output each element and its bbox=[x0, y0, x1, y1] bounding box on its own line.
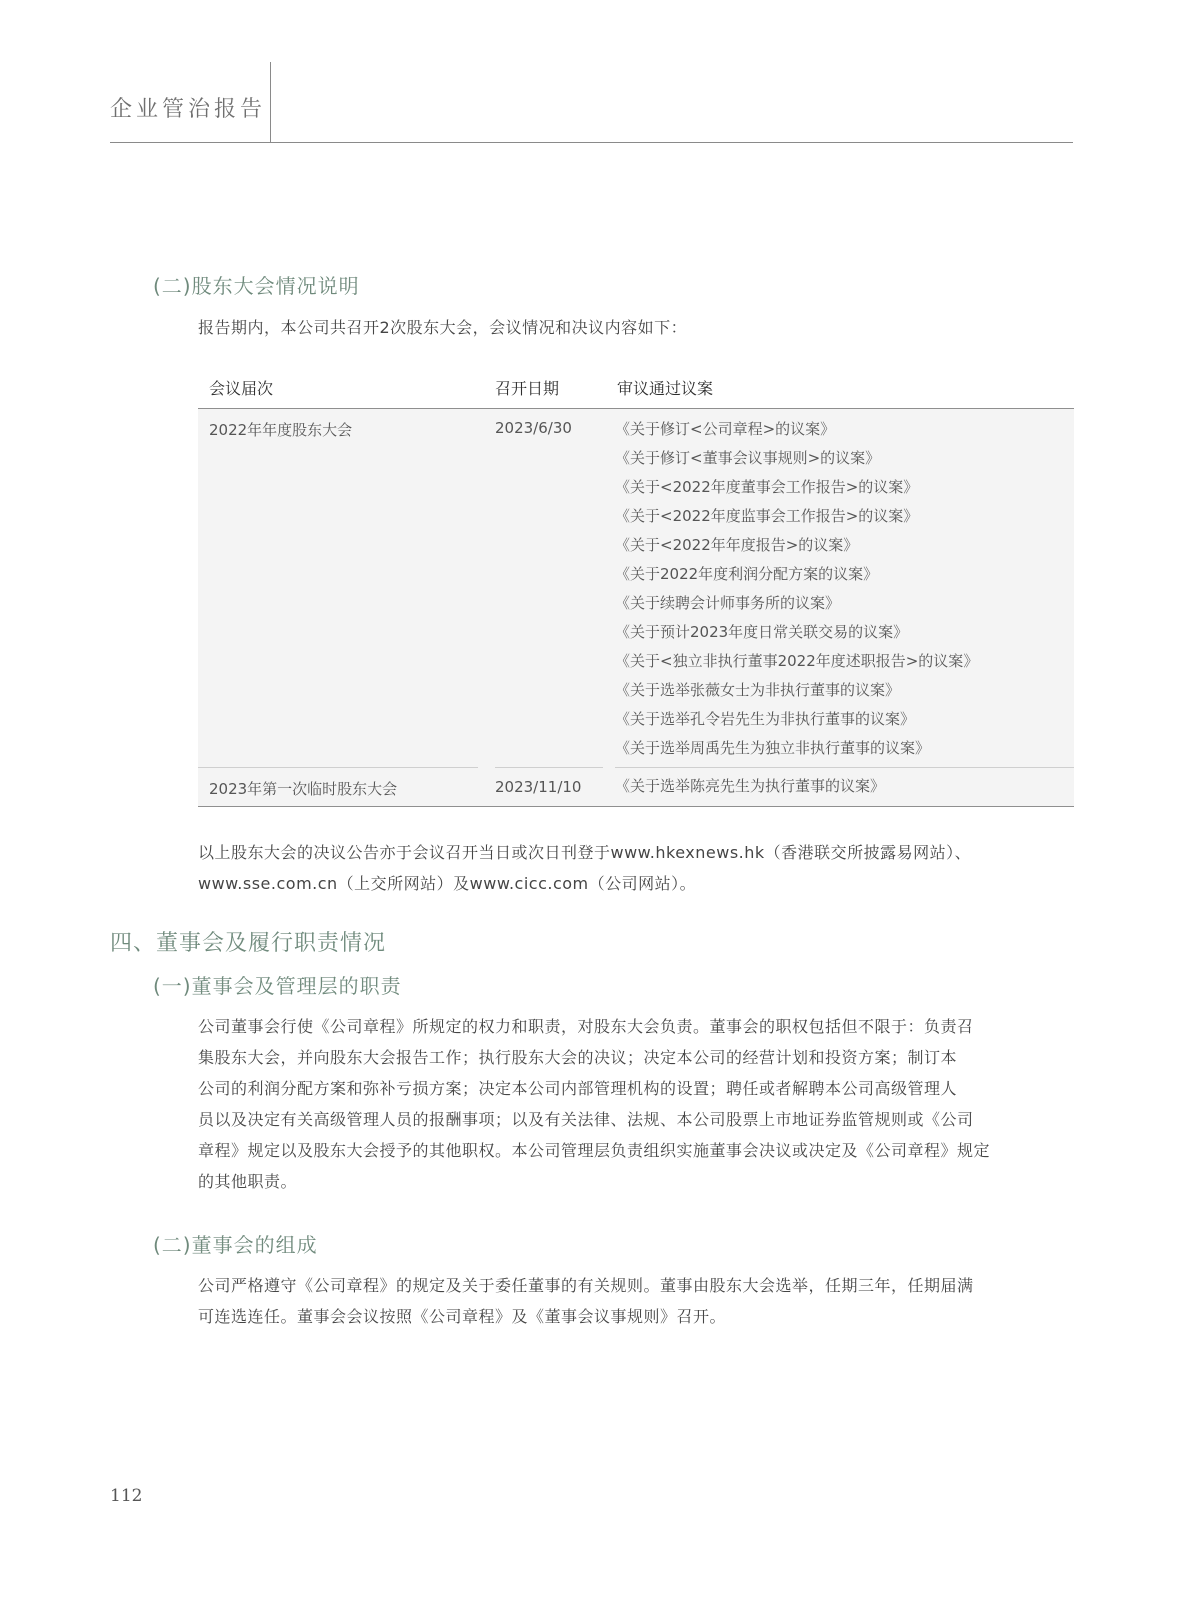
resolution-item: 《关于<2022年度董事会工作报告>的议案》 bbox=[615, 473, 1074, 502]
resolution-item: 《关于2022年度利润分配方案的议案》 bbox=[615, 560, 1074, 589]
column-header-meeting: 会议届次 bbox=[209, 376, 273, 399]
paragraph-line: 集股东大会，并向股东大会报告工作；执行股东大会的决议；决定本公司的经营计划和投资… bbox=[198, 1042, 1074, 1073]
resolution-item: 《关于修订<公司章程>的议案》 bbox=[615, 415, 1074, 444]
meeting-name: 2023年第一次临时股东大会 bbox=[209, 778, 397, 799]
paragraph-line: 员以及决定有关高级管理人员的报酬事项；以及有关法律、法规、本公司股票上市地证券监… bbox=[198, 1104, 1074, 1135]
resolution-item: 《关于选举张薇女士为非执行董事的议案》 bbox=[615, 676, 1074, 705]
paragraph-line: 的其他职责。 bbox=[198, 1166, 1074, 1197]
subheading-board-duties: (一)董事会及管理层的职责 bbox=[153, 970, 402, 999]
paragraph-line: 可连选连任。董事会会议按照《公司章程》及《董事会议事规则》召开。 bbox=[198, 1301, 1074, 1332]
board-duties-paragraph: 公司董事会行使《公司章程》所规定的权力和职责，对股东大会负责。董事会的职权包括但… bbox=[198, 1011, 1074, 1197]
column-header-resolutions: 审议通过议案 bbox=[617, 376, 713, 399]
table-row: 2023年第一次临时股东大会 2023/11/10 《关于选举陈亮先生为执行董事… bbox=[198, 768, 1074, 807]
meeting-name: 2022年年度股东大会 bbox=[209, 419, 352, 440]
resolution-item: 《关于续聘会计师事务所的议案》 bbox=[615, 589, 1074, 618]
paragraph-line: 章程》规定以及股东大会授予的其他职权。本公司管理层负责组织实施董事会决议或决定及… bbox=[198, 1135, 1074, 1166]
resolutions-list: 《关于选举陈亮先生为执行董事的议案》 bbox=[615, 768, 1074, 805]
paragraph-line: 公司严格遵守《公司章程》的规定及关于委任董事的有关规则。董事由股东大会选举，任期… bbox=[198, 1270, 1074, 1301]
shareholder-intro: 报告期内，本公司共召开2次股东大会，会议情况和决议内容如下： bbox=[198, 312, 1074, 343]
table-row: 2022年年度股东大会 2023/6/30 《关于修订<公司章程>的议案》 《关… bbox=[198, 409, 1074, 767]
section-heading-shareholder-meetings: (二)股东大会情况说明 bbox=[153, 270, 360, 299]
resolution-item: 《关于选举孔令岩先生为非执行董事的议案》 bbox=[615, 705, 1074, 734]
paragraph-line: 公司董事会行使《公司章程》所规定的权力和职责，对股东大会负责。董事会的职权包括但… bbox=[198, 1011, 1074, 1042]
header-title: 企业管治报告 bbox=[110, 92, 266, 123]
meeting-date: 2023/6/30 bbox=[495, 419, 572, 437]
header-divider-vertical bbox=[270, 62, 271, 142]
resolutions-list: 《关于修订<公司章程>的议案》 《关于修订<董事会议事规则>的议案》 《关于<2… bbox=[615, 409, 1074, 767]
paragraph-line: 公司的利润分配方案和弥补亏损方案；决定本公司内部管理机构的设置；聘任或者解聘本公… bbox=[198, 1073, 1074, 1104]
page-number: 112 bbox=[110, 1486, 142, 1506]
section-heading-board: 四、董事会及履行职责情况 bbox=[110, 926, 386, 957]
table-header: 会议届次 召开日期 审议通过议案 bbox=[198, 368, 1074, 409]
resolution-item: 《关于修订<董事会议事规则>的议案》 bbox=[615, 444, 1074, 473]
announcement-note-line: 以上股东大会的决议公告亦于会议召开当日或次日刊登于www.hkexnews.hk… bbox=[198, 837, 1074, 868]
resolution-item: 《关于<2022年度监事会工作报告>的议案》 bbox=[615, 502, 1074, 531]
resolution-item: 《关于预计2023年度日常关联交易的议案》 bbox=[615, 618, 1074, 647]
column-header-date: 召开日期 bbox=[495, 376, 559, 399]
header-divider-horizontal bbox=[110, 142, 1073, 143]
resolution-item: 《关于选举周禹先生为独立非执行董事的议案》 bbox=[615, 734, 1074, 763]
resolution-item: 《关于<独立非执行董事2022年度述职报告>的议案》 bbox=[615, 647, 1074, 676]
subheading-board-composition: (二)董事会的组成 bbox=[153, 1229, 318, 1258]
meeting-date: 2023/11/10 bbox=[495, 778, 581, 796]
resolution-item: 《关于<2022年年度报告>的议案》 bbox=[615, 531, 1074, 560]
announcement-note-line: www.sse.com.cn（上交所网站）及www.cicc.com（公司网站）… bbox=[198, 868, 1074, 899]
shareholder-meetings-table: 会议届次 召开日期 审议通过议案 2022年年度股东大会 2023/6/30 《… bbox=[198, 368, 1074, 807]
resolution-item: 《关于选举陈亮先生为执行董事的议案》 bbox=[615, 772, 1074, 801]
announcement-note: 以上股东大会的决议公告亦于会议召开当日或次日刊登于www.hkexnews.hk… bbox=[198, 837, 1074, 899]
board-composition-paragraph: 公司严格遵守《公司章程》的规定及关于委任董事的有关规则。董事由股东大会选举，任期… bbox=[198, 1270, 1074, 1332]
